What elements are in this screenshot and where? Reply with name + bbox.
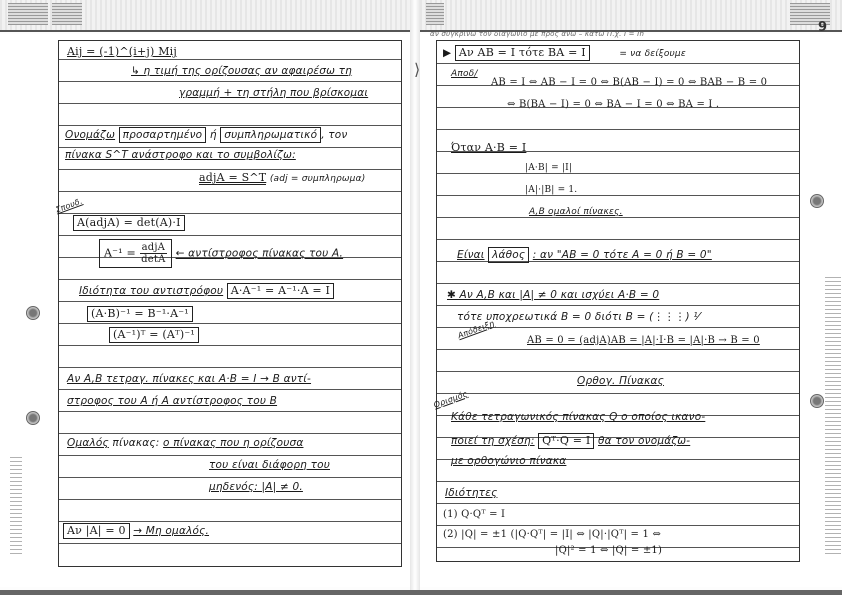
inverse-note: ← αντίστροφος πίνακας του A. [176,248,343,260]
cofactor-note-1: ↳ η τιμή της ορίζουσας αν αφαιρέσω τη [131,65,401,77]
property-1-text: (1) Q·Qᵀ = I [443,509,505,520]
punch-hole [810,194,824,208]
regular-matrix-line-3: μηδενός: |A| ≠ 0. [209,481,401,493]
when-text: Όταν A·B = I [451,141,526,154]
header-scribble: αν συγκρίνω τον διαγώνιο με προς άνω – κ… [430,30,842,38]
left-page: Aij = (-1)^(i+j) Mij ↳ η τιμή της ορίζου… [0,34,410,587]
inverse-denominator: detA [141,254,165,265]
adj-formula: adjA = S^T [199,171,266,185]
adj-formula-note: (adj = συμπληρωμα) [270,174,366,184]
regular-label: Ομαλός [67,437,109,449]
right-lined-sheet: ▶ Αν AB = I τότε BA = I = να δείξουμε Απ… [436,40,800,562]
adj-term-boxed-1: προσαρτημένο [119,127,207,143]
adj-word: Ονομάζω [65,129,115,141]
binder-gutter [410,0,420,595]
orthogonal-line-3: με ορθογώνιο πίνακα [451,455,799,467]
singular-matrix: Αν |A| = 0 → Μη ομαλός. [63,523,401,539]
transpose-inverse-formula: (A⁻¹)ᵀ = (Aᵀ)⁻¹ [109,327,199,343]
cofactor-formula: Aij = (-1)^(i+j) Mij [67,45,401,58]
definition-label-text: Ορισμός [433,389,469,410]
adj-term-boxed-2: συμπληρωματικό [220,127,321,143]
star-proof: AB = 0 = (adjA)AB = |A|·I·B = |A|·B → B … [527,335,799,346]
orthogonal-1-text: Κάθε τετραγωνικός πίνακας Q ο οποίος ικα… [451,411,705,423]
adj-tail: , τον [321,129,347,141]
orthogonal-line-2: ποιεί τη σχέση: Qᵀ·Q = I θα τον ονομάζω- [451,433,799,449]
inverse-formula: A⁻¹ = adjA detA ← αντίστροφος πίνακας το… [99,239,401,268]
proof-line-1: AB = I ⇔ AB − I = 0 ⇔ B(AB − I) = 0 ⇔ BA… [491,77,799,88]
theorem-label-text: Σπουδ. [54,196,83,214]
cofactor-note-2: γραμμή + τη στήλη που βρίσκομαι [179,87,401,99]
scan-bottom-strip [0,590,842,595]
star-row-1: ✱ Αν A,B και |A| ≠ 0 και ισχύει A·B = 0 [447,289,799,301]
orthogonal-3-text: με ορθογώνιο πίνακα [451,455,566,467]
orthogonal-title: Ορθογ. Πίνακας [577,375,799,387]
proof2-label: Απόδειξη [457,323,799,335]
right-page: 9 αν συγκρίνω τον διαγώνιο με προς άνω –… [420,34,842,587]
claim-arrow-icon: ▶ [443,47,451,59]
punch-hole [810,394,824,408]
det-line-2: |A|·|B| = 1. [525,185,799,195]
scan-noise [825,274,841,554]
adjugate-identity-text: A(adjA) = det(A)·I [73,215,185,231]
properties-title: Ιδιότητες [445,487,799,499]
orthogonal-2c: θα τον ονομάζω- [598,435,690,447]
det-line-1: |A·B| = |I| [525,163,799,173]
scan-top-strip [0,0,842,32]
transpose-inverse: (A⁻¹)ᵀ = (Aᵀ)⁻¹ [109,327,401,343]
det-2-text: |A|·|B| = 1. [525,185,577,195]
proof-line-2: ⇔ B(BA − I) = 0 ⇔ BA − I = 0 ⇔ BA = I . [507,99,799,110]
orthogonal-condition: Qᵀ·Q = I [538,433,594,449]
punch-hole [26,306,40,320]
regular-def-1: ο πίνακας που η ορίζουσα [163,437,303,449]
proof-2-text: ⇔ B(BA − I) = 0 ⇔ BA − I = 0 ⇔ BA = I . [507,99,719,110]
inverse-lhs: A⁻¹ = [104,247,136,260]
det-1-text: |A·B| = |I| [525,163,572,173]
adjoint-definition-line-1: Ονομάζω προσαρτημένο ή συμπληρωματικό, τ… [65,127,401,143]
cofactor-note-2-text: γραμμή + τη στήλη που βρίσκομαι [179,87,368,99]
star-row-2: τότε υποχρεωτικά B = 0 διότι B = (⋮⋮⋮) ⅟ [457,311,799,323]
inverse-numerator: adjA [140,242,168,254]
cofactor-text: Aij = (-1)^(i+j) Mij [67,45,177,58]
regular-matrix-line-2: του είναι διάφορη του [209,459,401,471]
property-2b-text: |Q|² = 1 ⇔ |Q| = ±1) [555,545,662,556]
false-claim-boxed: λάθος [488,247,529,263]
inverse-property: Ιδιότητα του αντιστρόφου A·A⁻¹ = A⁻¹·A =… [79,283,401,299]
theorem-label: Σπουδ. [55,199,401,211]
product-inverse-formula: (A·B)⁻¹ = B⁻¹·A⁻¹ [87,306,193,322]
orthogonal-title-text: Ορθογ. Πίνακας [577,375,664,387]
star-1-text: ✱ Αν A,B και |A| ≠ 0 και ισχύει A·B = 0 [447,289,659,301]
proof-1-text: AB = I ⇔ AB − I = 0 ⇔ B(AB − I) = 0 ⇔ BA… [491,77,767,88]
inverse-property-formula: A·A⁻¹ = A⁻¹·A = I [227,283,334,299]
regular-matrix-line-1: Ομαλός πίνακας: ο πίνακας που η ορίζουσα [67,437,401,449]
cofactor-note-1-text: ↳ η τιμή της ορίζουσας αν αφαιρέσω τη [131,65,352,77]
adjoint-definition-line-2: πίνακα S^T ανάστροφο και το συμβολίζω: [65,149,401,161]
when-row: Όταν A·B = I [451,141,799,154]
star-proof-text: AB = 0 = (adjA)AB = |A|·I·B = |A|·B → B … [527,335,760,346]
singular-label: → Μη ομαλός. [133,525,209,537]
property-2b: |Q|² = 1 ⇔ |Q| = ±1) [555,545,799,556]
property-2: (2) |Q| = ±1 (|Q·Qᵀ| = |I| ⇔ |Q|·|Qᵀ| = … [443,529,799,540]
square-matrices-line-2: στροφος του A ή A αντίστροφος του B [67,395,401,407]
regular-matrix-word: πίνακας: [112,437,159,449]
det-3-text: A,B ομαλοί πίνακες. [529,207,623,217]
det-line-3: A,B ομαλοί πίνακες. [529,207,799,217]
square-matrices-text-1: Αν A,B τετραγ. πίνακες και A·B = I → B α… [67,373,311,385]
punch-hole [26,411,40,425]
regular-def-3: μηδενός: |A| ≠ 0. [209,481,303,493]
property-1: (1) Q·Qᵀ = I [443,509,799,520]
left-lined-sheet: Aij = (-1)^(i+j) Mij ↳ η τιμή της ορίζου… [58,40,402,567]
claim-row: ▶ Αν AB = I τότε BA = I = να δείξουμε [443,45,799,61]
square-matrices-text-2: στροφος του A ή A αντίστροφος του B [67,395,277,407]
claim-note: = να δείξουμε [619,49,686,59]
adjugate-identity: A(adjA) = det(A)·I [73,215,401,231]
orthogonal-line-1: Κάθε τετραγωνικός πίνακας Q ο οποίος ικα… [451,411,799,423]
proof-label-text: Αποδ/ [451,69,478,79]
inverse-property-label: Ιδιότητα του αντιστρόφου [79,285,223,297]
inverse-fraction: adjA detA [140,242,168,265]
singular-condition: Αν |A| = 0 [63,523,130,539]
definition-label: Ορισμός [433,393,799,405]
false-claim-row: Είναι λάθος : αν "AB = 0 τότε A = 0 ή B … [457,247,799,263]
claim-text: Αν AB = I τότε BA = I [455,45,590,61]
product-inverse: (A·B)⁻¹ = B⁻¹·A⁻¹ [87,306,401,322]
false-claim-text: : αν "AB = 0 τότε A = 0 ή B = 0" [533,249,712,261]
square-matrices-line-1: Αν A,B τετραγ. πίνακες και A·B = I → B α… [67,373,401,385]
orthogonal-2a: ποιεί τη σχέση: [451,435,535,447]
adj-or: ή [210,129,217,141]
regular-def-2: του είναι διάφορη του [209,459,330,471]
adjoint-definition-line-3: adjA = S^T (adj = συμπληρωμα) [199,171,401,184]
false-claim-label: Είναι [457,249,485,261]
properties-title-text: Ιδιότητες [445,487,497,499]
scan-noise [10,454,22,554]
property-2-text: (2) |Q| = ±1 (|Q·Qᵀ| = |I| ⇔ |Q|·|Qᵀ| = … [443,529,661,540]
adj-def-2-text: πίνακα S^T ανάστροφο και το συμβολίζω: [65,149,296,161]
